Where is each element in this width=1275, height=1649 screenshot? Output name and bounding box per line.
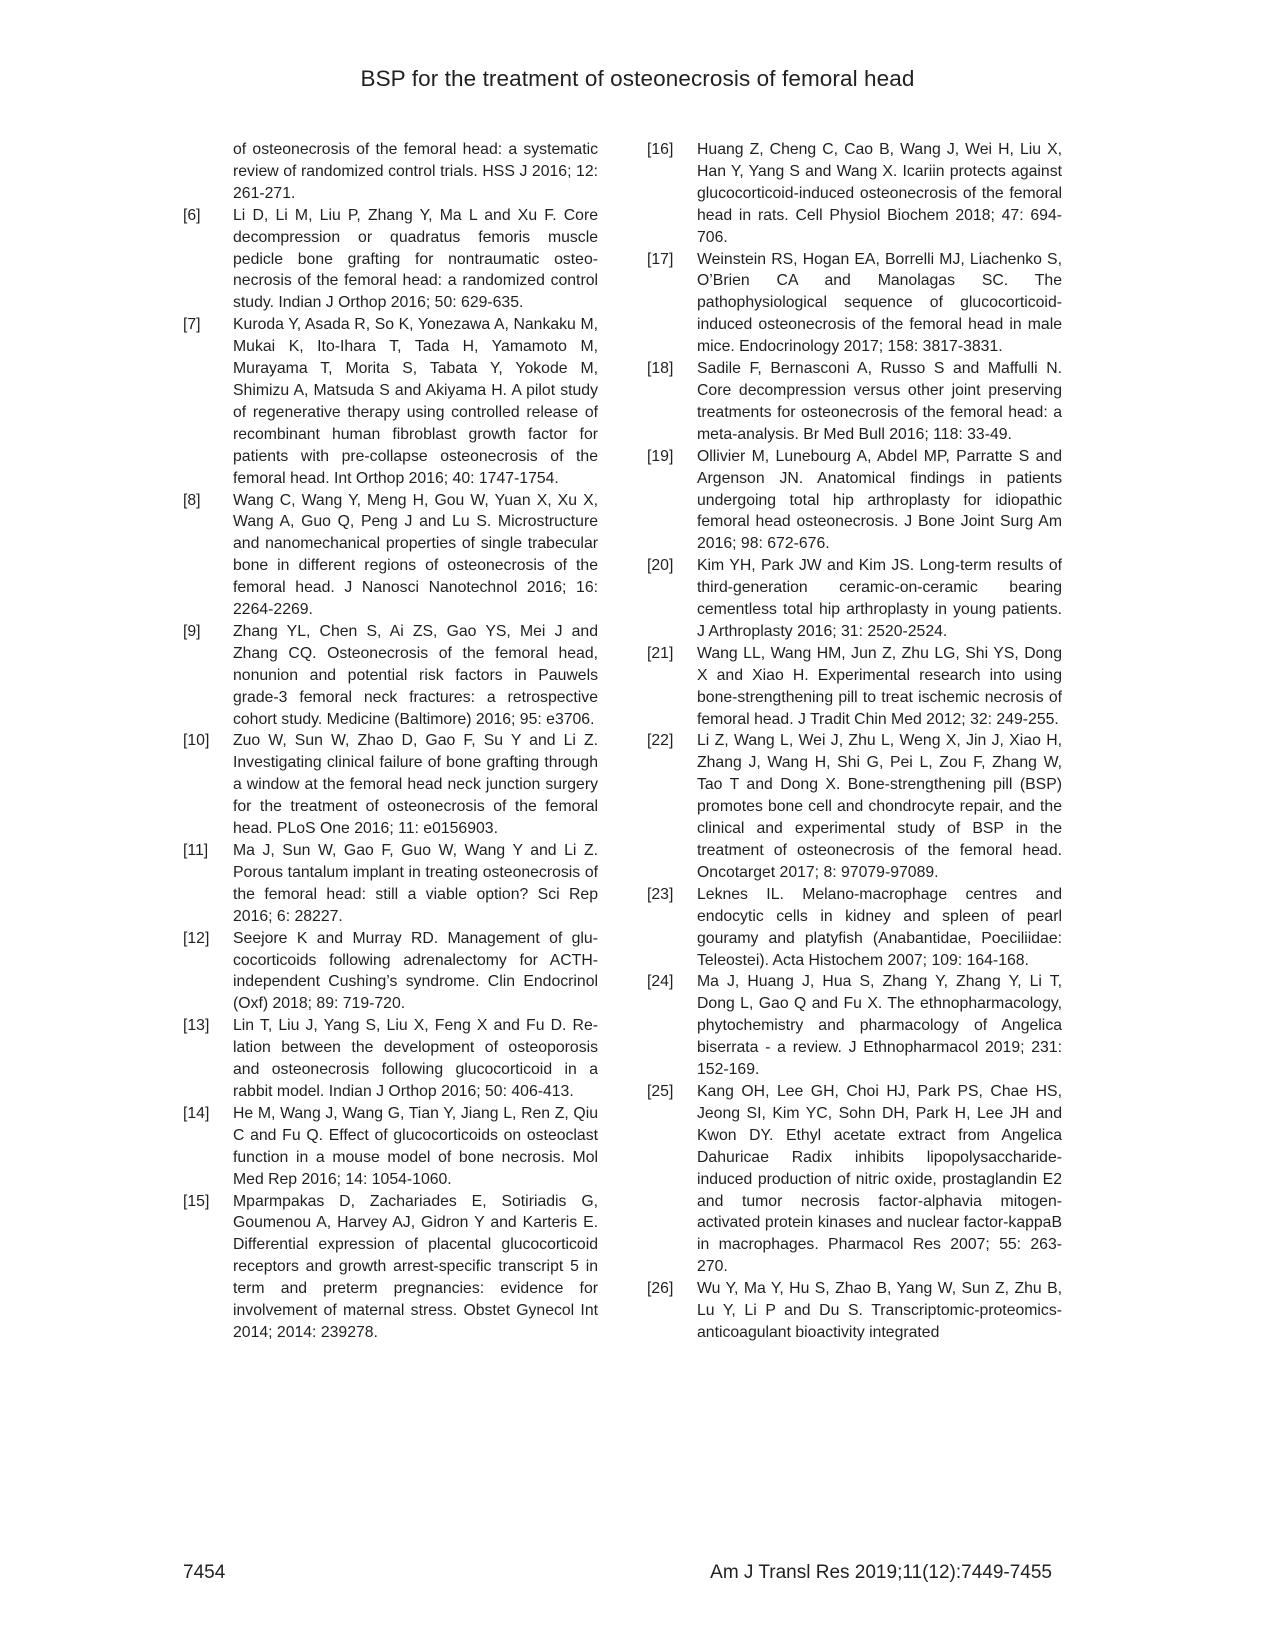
reference-number: [16]: [647, 139, 697, 161]
reference-text: Wu Y, Ma Y, Hu S, Zhao B, Yang W, Sun Z,…: [697, 1278, 1062, 1344]
reference-text: Seejore K and Murray RD. Management of g…: [233, 928, 598, 1016]
reference-number: [18]: [647, 358, 697, 380]
reference-item-24: [24] Ma J, Huang J, Hua S, Zhang Y, Zhan…: [647, 971, 1062, 1081]
reference-number: [22]: [647, 730, 697, 752]
reference-number: [24]: [647, 971, 697, 993]
reference-item-7: [7] Kuroda Y, Asada R, So K, Yonezawa A,…: [183, 314, 598, 489]
reference-item-16: [16] Huang Z, Cheng C, Cao B, Wang J, We…: [647, 139, 1062, 249]
page-number: 7454: [183, 1562, 225, 1584]
reference-text: Kuroda Y, Asada R, So K, Yonezawa A, Nan…: [233, 314, 598, 489]
reference-item-13: [13] Lin T, Liu J, Yang S, Liu X, Feng X…: [183, 1015, 598, 1103]
reference-item-11: [11] Ma J, Sun W, Gao F, Guo W, Wang Y a…: [183, 840, 598, 928]
reference-text: Kim YH, Park JW and Kim JS. Long-term re…: [697, 555, 1062, 643]
reference-text: Li D, Li M, Liu P, Zhang Y, Ma L and Xu …: [233, 205, 598, 315]
reference-number: [14]: [183, 1103, 233, 1125]
reference-number: [20]: [647, 555, 697, 577]
references-left-column: of osteonecrosis of the femoral head: a …: [183, 139, 598, 1344]
reference-item-6: [6] Li D, Li M, Liu P, Zhang Y, Ma L and…: [183, 205, 598, 315]
reference-text: Lin T, Liu J, Yang S, Liu X, Feng X and …: [233, 1015, 598, 1103]
reference-item-23: [23] Leknes IL. Melano-macrophage centre…: [647, 884, 1062, 972]
reference-item-continued: of osteonecrosis of the femoral head: a …: [183, 139, 598, 205]
reference-text: Ma J, Sun W, Gao F, Guo W, Wang Y and Li…: [233, 840, 598, 928]
references-right-column: [16] Huang Z, Cheng C, Cao B, Wang J, We…: [647, 139, 1062, 1344]
reference-number: [15]: [183, 1191, 233, 1213]
reference-text: Weinstein RS, Hogan EA, Borrelli MJ, Lia…: [697, 249, 1062, 359]
reference-number: [23]: [647, 884, 697, 906]
reference-number: [26]: [647, 1278, 697, 1300]
reference-number: [11]: [183, 840, 233, 862]
reference-text: Sadile F, Bernasconi A, Russo S and Maff…: [697, 358, 1062, 446]
reference-item-19: [19] Ollivier M, Lunebourg A, Abdel MP, …: [647, 446, 1062, 556]
reference-item-20: [20] Kim YH, Park JW and Kim JS. Long-te…: [647, 555, 1062, 643]
reference-number: [8]: [183, 490, 233, 512]
reference-item-8: [8] Wang C, Wang Y, Meng H, Gou W, Yuan …: [183, 490, 598, 621]
reference-text: Zhang YL, Chen S, Ai ZS, Gao YS, Mei J a…: [233, 621, 598, 731]
reference-item-18: [18] Sadile F, Bernasconi A, Russo S and…: [647, 358, 1062, 446]
reference-text: Ma J, Huang J, Hua S, Zhang Y, Zhang Y, …: [697, 971, 1062, 1081]
running-header-title: BSP for the treatment of osteonecrosis o…: [0, 66, 1275, 92]
reference-number: [6]: [183, 205, 233, 227]
reference-text: Zuo W, Sun W, Zhao D, Gao F, Su Y and Li…: [233, 730, 598, 840]
reference-number: [9]: [183, 621, 233, 643]
reference-text: Li Z, Wang L, Wei J, Zhu L, Weng X, Jin …: [697, 730, 1062, 883]
reference-item-9: [9] Zhang YL, Chen S, Ai ZS, Gao YS, Mei…: [183, 621, 598, 731]
reference-number: [12]: [183, 928, 233, 950]
reference-text: Ollivier M, Lunebourg A, Abdel MP, Parra…: [697, 446, 1062, 556]
reference-text: Leknes IL. Melano-macrophage centres and…: [697, 884, 1062, 972]
reference-item-21: [21] Wang LL, Wang HM, Jun Z, Zhu LG, Sh…: [647, 643, 1062, 731]
reference-text: He M, Wang J, Wang G, Tian Y, Jiang L, R…: [233, 1103, 598, 1191]
reference-text: of osteonecrosis of the femoral head: a …: [233, 139, 598, 205]
reference-item-17: [17] Weinstein RS, Hogan EA, Borrelli MJ…: [647, 249, 1062, 359]
reference-item-25: [25] Kang OH, Lee GH, Choi HJ, Park PS, …: [647, 1081, 1062, 1278]
reference-item-15: [15] Mparmpakas D, Zachariades E, Sotiri…: [183, 1191, 598, 1344]
journal-citation: Am J Transl Res 2019;11(12):7449-7455: [710, 1562, 1052, 1584]
reference-number: [25]: [647, 1081, 697, 1103]
reference-text: Wang LL, Wang HM, Jun Z, Zhu LG, Shi YS,…: [697, 643, 1062, 731]
reference-text: Mparmpakas D, Zachariades E, Sotiriadis …: [233, 1191, 598, 1344]
reference-number: [21]: [647, 643, 697, 665]
reference-text: Kang OH, Lee GH, Choi HJ, Park PS, Chae …: [697, 1081, 1062, 1278]
reference-item-14: [14] He M, Wang J, Wang G, Tian Y, Jiang…: [183, 1103, 598, 1191]
reference-item-22: [22] Li Z, Wang L, Wei J, Zhu L, Weng X,…: [647, 730, 1062, 883]
reference-item-10: [10] Zuo W, Sun W, Zhao D, Gao F, Su Y a…: [183, 730, 598, 840]
reference-text: Wang C, Wang Y, Meng H, Gou W, Yuan X, X…: [233, 490, 598, 621]
reference-text: Huang Z, Cheng C, Cao B, Wang J, Wei H, …: [697, 139, 1062, 249]
reference-number: [17]: [647, 249, 697, 271]
reference-number: [13]: [183, 1015, 233, 1037]
reference-item-12: [12] Seejore K and Murray RD. Management…: [183, 928, 598, 1016]
reference-number: [7]: [183, 314, 233, 336]
reference-item-26: [26] Wu Y, Ma Y, Hu S, Zhao B, Yang W, S…: [647, 1278, 1062, 1344]
reference-number: [19]: [647, 446, 697, 468]
reference-number: [10]: [183, 730, 233, 752]
